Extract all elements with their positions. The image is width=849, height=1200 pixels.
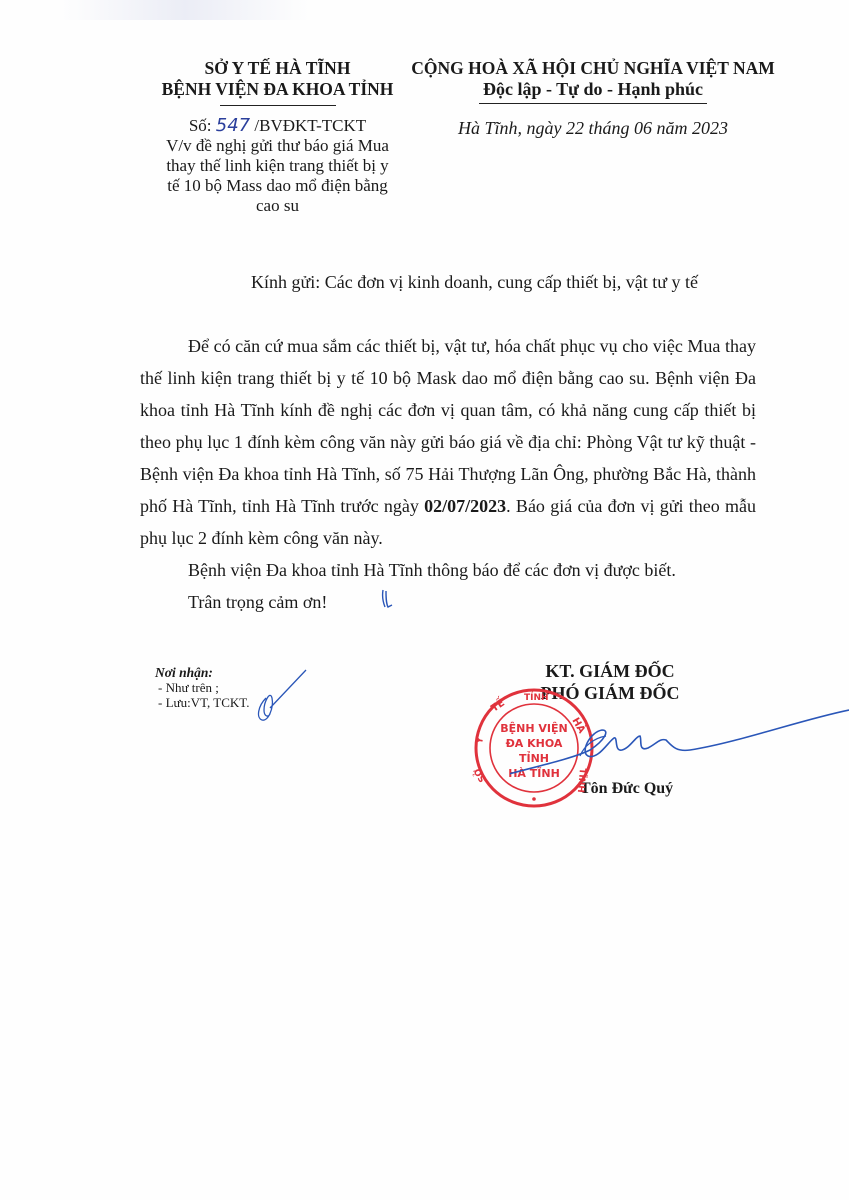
initials-signature <box>248 668 308 728</box>
svg-text:HÀ TĨNH: HÀ TĨNH <box>508 767 560 780</box>
svg-text:HÀ: HÀ <box>569 715 588 736</box>
distribution-item: - Lưu:VT, TCKT. <box>158 695 250 710</box>
svg-text:ĐA KHOA: ĐA KHOA <box>506 737 563 750</box>
place-date: Hà Tĩnh, ngày 22 tháng 06 năm 2023 <box>393 118 793 139</box>
signature-block: KT. GIÁM ĐỐC PHÓ GIÁM ĐỐC Tôn Đức Quý <box>500 660 720 704</box>
distribution-list: Nơi nhận: - Như trên ; - Lưu:VT, TCKT. <box>155 665 250 710</box>
hospital-name: BỆNH VIỆN ĐA KHOA TỈNH <box>140 79 415 100</box>
subject-line: thay thế linh kiện trang thiết bị y <box>140 156 415 176</box>
salutation: Kính gửi: Các đơn vị kinh doanh, cung cấ… <box>50 272 849 293</box>
paragraph-notice: Bệnh viện Đa khoa tỉnh Hà Tĩnh thông báo… <box>140 554 756 586</box>
svg-text:TỈNH: TỈNH <box>519 751 549 765</box>
svg-text:Y: Y <box>475 736 486 746</box>
doc-number-suffix: /BVĐKT-TCKT <box>254 116 366 135</box>
paragraph-thanks: Trân trọng cảm ơn! <box>140 586 756 618</box>
svg-text:BỆNH VIỆN: BỆNH VIỆN <box>500 722 567 735</box>
subject-line: V/v đề nghị gửi thư báo giá Mua <box>140 136 415 156</box>
document-number: Số: 547 /BVĐKT-TCKT <box>140 116 415 136</box>
subject-line: cao su <box>140 196 415 216</box>
subject-line: tế 10 bộ Mass dao mổ điện bằng <box>140 176 415 196</box>
signer-title-2: PHÓ GIÁM ĐỐC <box>500 682 720 704</box>
request-text: Để có căn cứ mua sắm các thiết bị, vật t… <box>140 336 756 516</box>
subject: V/v đề nghị gửi thư báo giá Mua thay thế… <box>140 136 415 216</box>
handwritten-initial-mark <box>332 588 344 606</box>
scan-artifact <box>60 0 310 20</box>
divider <box>220 105 336 106</box>
divider <box>479 103 707 104</box>
department-name: SỞ Y TẾ HÀ TĨNH <box>140 58 415 79</box>
doc-number-label: Số: <box>189 116 212 135</box>
doc-number-handwritten: 547 <box>216 115 250 136</box>
national-header: CỘNG HOÀ XÃ HỘI CHỦ NGHĨA VIỆT NAM Độc l… <box>393 58 793 139</box>
distribution-title: Nơi nhận: <box>155 665 250 680</box>
nation-title: CỘNG HOÀ XÃ HỘI CHỦ NGHĨA VIỆT NAM <box>393 58 793 79</box>
letter-body: Để có căn cứ mua sắm các thiết bị, vật t… <box>140 330 756 618</box>
document-page: SỞ Y TẾ HÀ TĨNH BỆNH VIỆN ĐA KHOA TỈNH S… <box>0 0 849 1200</box>
distribution-item: - Như trên ; <box>158 680 250 695</box>
signer-title-1: KT. GIÁM ĐỐC <box>500 660 720 682</box>
paragraph-request: Để có căn cứ mua sắm các thiết bị, vật t… <box>140 330 756 554</box>
national-motto: Độc lập - Tự do - Hạnh phúc <box>393 79 793 100</box>
signer-name: Tôn Đức Quý <box>580 780 673 798</box>
thanks-text: Trân trọng cảm ơn! <box>188 592 327 612</box>
handwritten-signature <box>510 690 849 800</box>
deadline-date: 02/07/2023 <box>424 496 506 516</box>
issuing-authority: SỞ Y TẾ HÀ TĨNH BỆNH VIỆN ĐA KHOA TỈNH S… <box>140 58 415 216</box>
svg-text:SỞ: SỞ <box>472 766 489 785</box>
